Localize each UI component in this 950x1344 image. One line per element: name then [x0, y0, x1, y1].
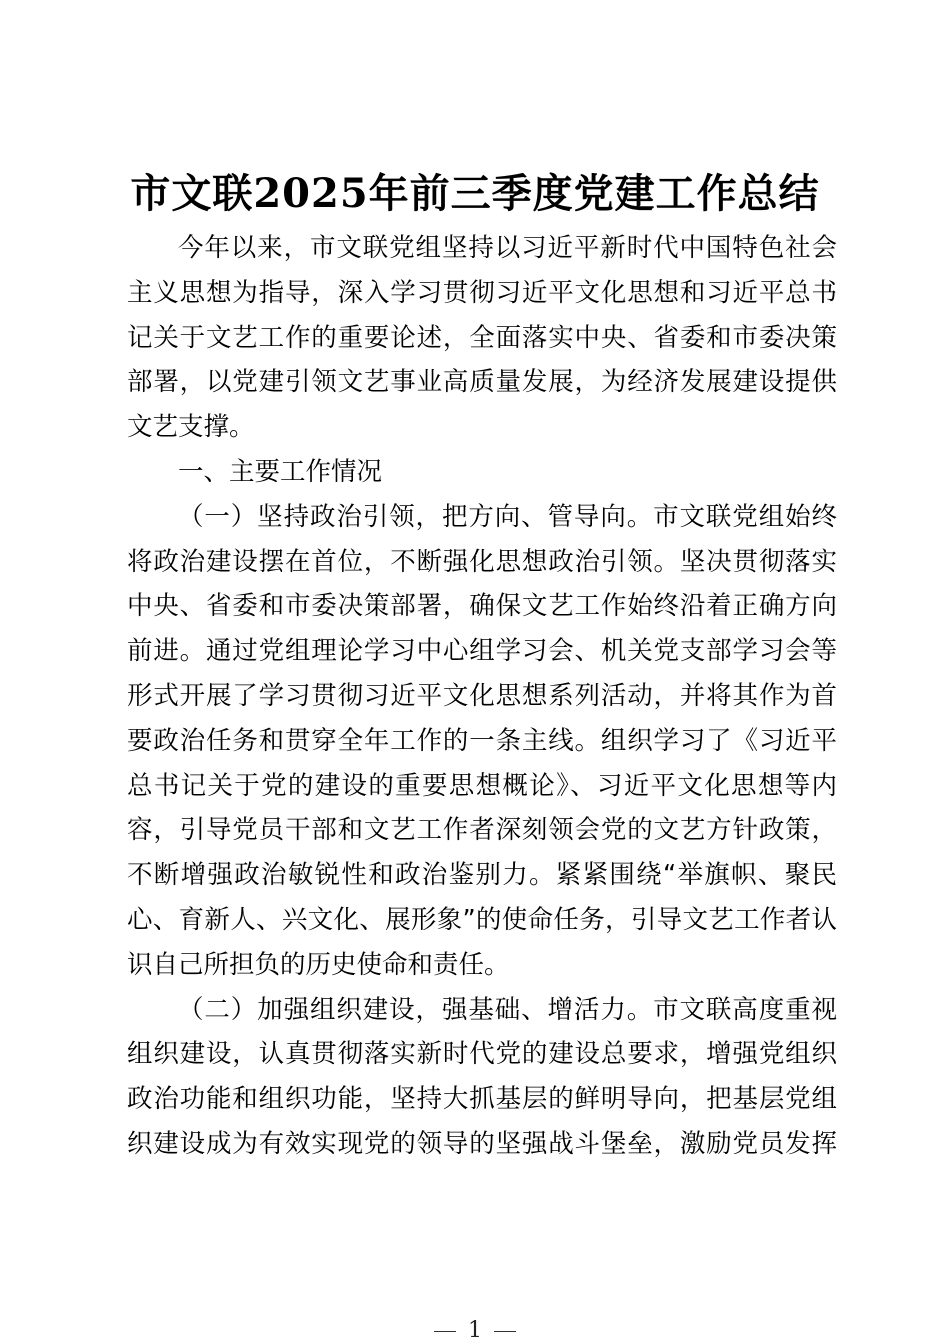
dash-left-decoration	[434, 1331, 456, 1332]
page-number: 1	[468, 1318, 482, 1343]
section-heading: 一、主要工作情况	[127, 450, 837, 495]
paragraph-line: 政治功能和组织功能，坚持大抓基层的鲜明导向，把基层党组	[127, 1077, 837, 1122]
paragraph-line: 心、育新人、兴文化、展形象”的使命任务，引导文艺工作者认	[127, 898, 837, 943]
paragraph-line: 不断增强政治敏锐性和政治鉴别力。紧紧围绕“举旗帜、聚民	[127, 853, 837, 898]
paragraph-line: 中央、省委和市委决策部署，确保文艺工作始终沿着正确方向	[127, 584, 837, 629]
paragraph-line: （一）坚持政治引领，把方向、管导向。市文联党组始终	[127, 495, 837, 540]
paragraph-line: 形式开展了学习贯彻习近平文化思想系列活动，并将其作为首	[127, 674, 837, 719]
paragraph-line: 将政治建设摆在首位，不断强化思想政治引领。坚决贯彻落实	[127, 540, 837, 585]
paragraph-line: 今年以来，市文联党组坚持以习近平新时代中国特色社会	[127, 226, 837, 271]
document-title: 市文联2025年前三季度党建工作总结	[0, 168, 950, 220]
paragraph-line: 要政治任务和贯穿全年工作的一条主线。组织学习了《习近平	[127, 719, 837, 764]
paragraph-line: 总书记关于党的建设的重要思想概论》、习近平文化思想等内	[127, 764, 837, 809]
document-body: 今年以来，市文联党组坚持以习近平新时代中国特色社会 主义思想为指导，深入学习贯彻…	[127, 226, 837, 1167]
paragraph-line: 织建设成为有效实现党的领导的坚强战斗堡垒，激励党员发挥	[127, 1122, 837, 1167]
paragraph-line: 组织建设，认真贯彻落实新时代党的建设总要求，增强党组织	[127, 1032, 837, 1077]
paragraph-line: 容，引导党员干部和文艺工作者深刻领会党的文艺方针政策，	[127, 808, 837, 853]
paragraph-line: 部署，以党建引领文艺事业高质量发展，为经济发展建设提供	[127, 360, 837, 405]
dash-right-decoration	[494, 1331, 516, 1332]
paragraph-line: 前进。通过党组理论学习中心组学习会、机关党支部学习会等	[127, 629, 837, 674]
page-footer: 1	[0, 1318, 950, 1344]
paragraph-line: 记关于文艺工作的重要论述，全面落实中央、省委和市委决策	[127, 316, 837, 361]
paragraph-line: 主义思想为指导，深入学习贯彻习近平文化思想和习近平总书	[127, 271, 837, 316]
paragraph-line: 识自己所担负的历史使命和责任。	[127, 943, 837, 988]
paragraph-line: 文艺支撑。	[127, 405, 837, 450]
document-page: 市文联2025年前三季度党建工作总结 今年以来，市文联党组坚持以习近平新时代中国…	[0, 0, 950, 1344]
paragraph-line: （二）加强组织建设，强基础、增活力。市文联高度重视	[127, 988, 837, 1033]
